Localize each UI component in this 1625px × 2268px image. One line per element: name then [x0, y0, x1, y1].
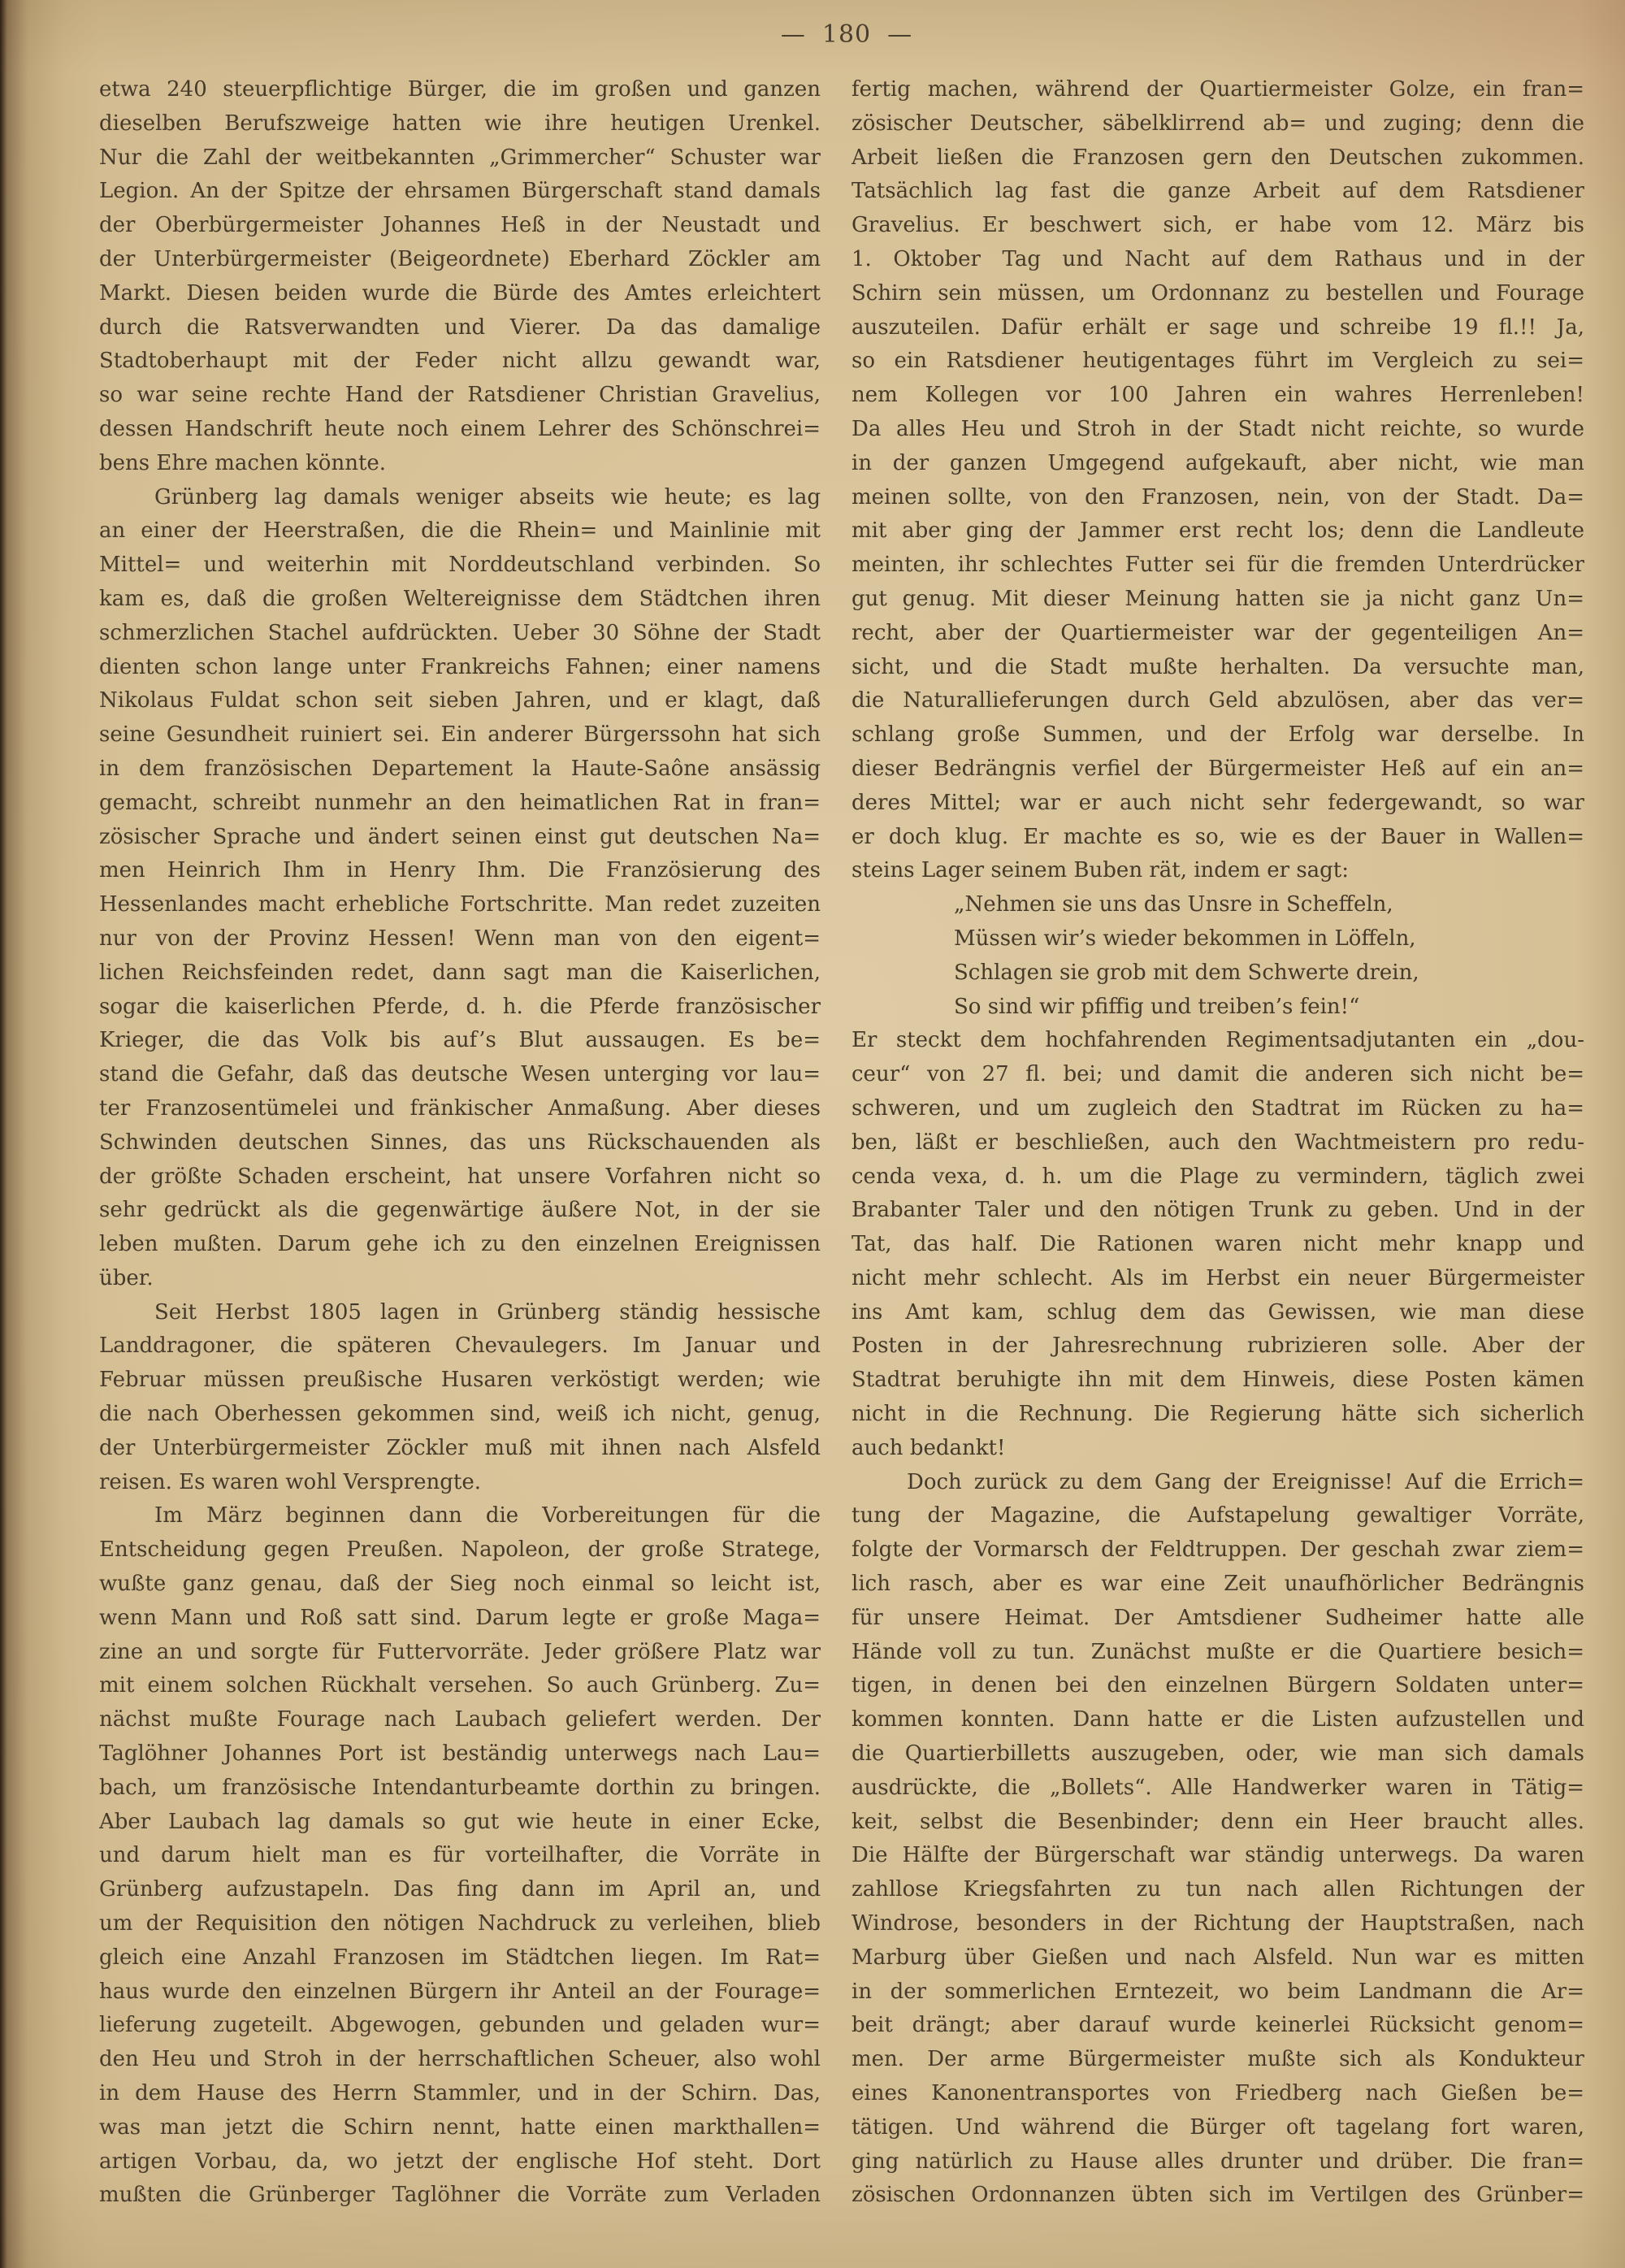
text-line: in dem französischen Departement la Haut… — [99, 752, 821, 787]
text-line: Markt. Diesen beiden wurde die Bürde des… — [99, 277, 821, 311]
text-line: keit, selbst die Besenbinder; denn ein H… — [851, 1806, 1584, 1840]
text-line: nächst mußte Fourage nach Laubach gelief… — [99, 1703, 821, 1737]
text-line: nem Kollegen vor 100 Jahren ein wahres H… — [851, 379, 1584, 413]
right-text-column: fertig machen, während der Quartiermeist… — [851, 73, 1584, 2213]
text-line: Da alles Heu und Stroh in der Stadt nich… — [851, 413, 1584, 447]
text-line: men. Der arme Bürgermeister mußte sich a… — [851, 2043, 1584, 2077]
text-line: Legion. An der Spitze der ehrsamen Bürge… — [99, 175, 821, 209]
text-line: bens Ehre machen könnte. — [99, 447, 821, 481]
text-line: beit drängt; aber darauf wurde keinerlei… — [851, 2009, 1584, 2043]
text-line: wußte ganz genau, daß der Sieg noch einm… — [99, 1568, 821, 1602]
text-line: über. — [99, 1262, 821, 1296]
text-line: zösischer Deutscher, säbelklirrend ab= u… — [851, 107, 1584, 141]
text-line: in der sommerlichen Erntezeit, wo beim L… — [851, 1975, 1584, 2010]
text-line: tung der Magazine, die Aufstapelung gewa… — [851, 1499, 1584, 1533]
text-line: dessen Handschrift heute noch einem Lehr… — [99, 413, 821, 447]
text-line: zösischen Ordonnanzen übten sich im Vert… — [851, 2179, 1584, 2213]
text-line: eines Kanonentransportes von Friedberg n… — [851, 2077, 1584, 2111]
text-line: ausdrückte, die „Bollets“. Alle Handwerk… — [851, 1771, 1584, 1806]
text-line: Posten in der Jahresrechnung rubrizieren… — [851, 1329, 1584, 1364]
text-line: mit einem solchen Rückhalt versehen. So … — [99, 1669, 821, 1703]
text-line: er doch klug. Er machte es so, wie es de… — [851, 821, 1584, 855]
text-line: zine an und sorgte für Futtervorräte. Je… — [99, 1636, 821, 1670]
text-line: gleich eine Anzahl Franzosen im Städtche… — [99, 1941, 821, 1975]
header-dash-right: — — [887, 20, 912, 49]
text-line: etwa 240 steuerpflichtige Bürger, die im… — [99, 73, 821, 107]
text-line: Marburg über Gießen und nach Alsfeld. Nu… — [851, 1941, 1584, 1975]
text-line: ging natürlich zu Hause alles drunter un… — [851, 2145, 1584, 2179]
text-line: kam es, daß die großen Weltereignisse de… — [99, 583, 821, 617]
text-line: in dem Hause des Herrn Stammler, und in … — [99, 2077, 821, 2111]
text-line: auch bedankt! — [851, 1432, 1584, 1466]
text-line: die Quartierbilletts auszugeben, oder, w… — [851, 1737, 1584, 1771]
text-line: Februar müssen preußische Husaren verkös… — [99, 1364, 821, 1398]
text-line: die Naturallieferungen durch Geld abzulö… — [851, 684, 1584, 718]
text-line: lichen Reichsfeinden redet, dann sagt ma… — [99, 956, 821, 991]
text-line: Doch zurück zu dem Gang der Ereignisse! … — [851, 1466, 1584, 1500]
text-line: reisen. Es waren wohl Versprengte. — [99, 1466, 821, 1500]
text-line: Die Hälfte der Bürgerschaft war ständig … — [851, 1839, 1584, 1873]
text-line: sogar die kaiserlichen Pferde, d. h. die… — [99, 991, 821, 1025]
text-line: Stadtrat beruhigte ihn mit dem Hinweis, … — [851, 1364, 1584, 1398]
text-line: men Heinrich Ihm in Henry Ihm. Die Franz… — [99, 854, 821, 888]
text-line: recht, aber der Quartiermeister war der … — [851, 617, 1584, 651]
text-line: sicht, und die Stadt mußte herhalten. Da… — [851, 651, 1584, 685]
text-line: „Nehmen sie uns das Unsre in Scheffeln, — [851, 888, 1584, 922]
text-line: tigen, in denen bei den einzelnen Bürger… — [851, 1669, 1584, 1703]
text-line: Windrose, besonders in der Richtung der … — [851, 1907, 1584, 1941]
text-line: Stadtoberhaupt mit der Feder nicht allzu… — [99, 345, 821, 379]
text-line: Grünberg aufzustapeln. Das fing dann im … — [99, 1873, 821, 1907]
text-line: Nur die Zahl der weitbekannten „Grimmerc… — [99, 141, 821, 176]
text-line: so war seine rechte Hand der Ratsdiener … — [99, 379, 821, 413]
text-line: Er steckt dem hochfahrenden Regimentsadj… — [851, 1024, 1584, 1058]
text-line: Schirn sein müssen, um Ordonnanz zu best… — [851, 277, 1584, 311]
page-number: 180 — [822, 20, 871, 49]
text-line: artigen Vorbau, da, wo jetzt der englisc… — [99, 2145, 821, 2179]
text-line: der größte Schaden erscheint, hat unsere… — [99, 1160, 821, 1195]
text-line: tätigen. Und während die Bürger oft tage… — [851, 2111, 1584, 2145]
text-line: schweren, und um zugleich den Stadtrat i… — [851, 1092, 1584, 1126]
text-line: an einer der Heerstraßen, die die Rhein=… — [99, 514, 821, 549]
text-line: Müssen wir’s wieder bekommen in Löffeln, — [851, 922, 1584, 956]
text-line: Entscheidung gegen Preußen. Napoleon, de… — [99, 1533, 821, 1568]
text-line: stand die Gefahr, daß das deutsche Wesen… — [99, 1058, 821, 1092]
text-line: dieselben Berufszweige hatten wie ihre h… — [99, 107, 821, 141]
text-line: gut genug. Mit dieser Meinung hatten sie… — [851, 583, 1584, 617]
text-line: Brabanter Taler und den nötigen Trunk zu… — [851, 1194, 1584, 1228]
text-line: dienten schon lange unter Frankreichs Fa… — [99, 651, 821, 685]
text-line: Schlagen sie grob mit dem Schwerte drein… — [851, 956, 1584, 991]
text-line: Nikolaus Fuldat schon seit sieben Jahren… — [99, 684, 821, 718]
text-line: Aber Laubach lag damals so gut wie heute… — [99, 1806, 821, 1840]
text-line: ter Franzosentümelei und fränkischer Anm… — [99, 1092, 821, 1126]
text-line: haus wurde den einzelnen Bürgern ihr Ant… — [99, 1975, 821, 2010]
text-line: leben mußten. Darum gehe ich zu den einz… — [99, 1228, 821, 1262]
text-line: lich rasch, aber es war eine Zeit unaufh… — [851, 1568, 1584, 1602]
header-dash-left: — — [781, 20, 806, 49]
text-line: Taglöhner Johannes Port ist beständig un… — [99, 1737, 821, 1771]
text-line: schlang große Summen, und der Erfolg war… — [851, 718, 1584, 752]
text-line: So sind wir pfiffig und treiben’s fein!“ — [851, 991, 1584, 1025]
text-line: deres Mittel; war er auch nicht sehr fed… — [851, 787, 1584, 821]
text-line: den Heu und Stroh in der herrschaftliche… — [99, 2043, 821, 2077]
text-line: Im März beginnen dann die Vorbereitungen… — [99, 1499, 821, 1533]
text-line: und darum hielt man es für vorteilhafter… — [99, 1839, 821, 1873]
text-line: seine Gesundheit ruiniert sei. Ein ander… — [99, 718, 821, 752]
text-line: 1. Oktober Tag und Nacht auf dem Rathaus… — [851, 243, 1584, 277]
text-line: für unsere Heimat. Der Amtsdiener Sudhei… — [851, 1602, 1584, 1636]
text-line: Landdragoner, die späteren Chevaulegers.… — [99, 1329, 821, 1364]
text-line: sehr gedrückt als die gegenwärtige äußer… — [99, 1194, 821, 1228]
left-text-column: etwa 240 steuerpflichtige Bürger, die im… — [99, 73, 821, 2213]
text-line: ins Amt kam, schlug dem das Gewissen, wi… — [851, 1296, 1584, 1330]
text-line: nicht mehr schlecht. Als im Herbst ein n… — [851, 1262, 1584, 1296]
text-line: Tat, das half. Die Rationen waren nicht … — [851, 1228, 1584, 1262]
text-line: meinten, ihr schlechtes Futter sei für d… — [851, 549, 1584, 583]
text-line: cenda vexa, d. h. um die Plage zu vermin… — [851, 1160, 1584, 1195]
text-line: mit aber ging der Jammer erst recht los;… — [851, 514, 1584, 549]
text-line: lieferung zugeteilt. Abgewogen, gebunden… — [99, 2009, 821, 2043]
text-line: dieser Bedrängnis verfiel der Bürgermeis… — [851, 752, 1584, 787]
text-line: um der Requisition den nötigen Nachdruck… — [99, 1907, 821, 1941]
text-line: meinen sollte, von den Franzosen, nein, … — [851, 481, 1584, 515]
text-line: zahllose Kriegsfahrten zu tun nach allen… — [851, 1873, 1584, 1907]
text-line: ben, läßt er beschließen, auch den Wacht… — [851, 1126, 1584, 1160]
text-line: Hände voll zu tun. Zunächst mußte er die… — [851, 1636, 1584, 1670]
text-line: durch die Ratsverwandten und Vierer. Da … — [99, 311, 821, 345]
text-line: nicht in die Rechnung. Die Regierung hät… — [851, 1398, 1584, 1432]
text-line: was man jetzt die Schirn nennt, hatte ei… — [99, 2111, 821, 2145]
text-line: Grünberg lag damals weniger abseits wie … — [99, 481, 821, 515]
text-line: der Unterbürgermeister (Beigeordnete) Eb… — [99, 243, 821, 277]
text-line: der Oberbürgermeister Johannes Heß in de… — [99, 209, 821, 243]
text-line: Tatsächlich lag fast die ganze Arbeit au… — [851, 175, 1584, 209]
text-line: Gravelius. Er beschwert sich, er habe vo… — [851, 209, 1584, 243]
text-line: wenn Mann und Roß satt sind. Darum legte… — [99, 1602, 821, 1636]
text-line: Krieger, die das Volk bis auf’s Blut aus… — [99, 1024, 821, 1058]
text-line: ceur“ von 27 fl. bei; und damit die ande… — [851, 1058, 1584, 1092]
text-line: die nach Oberhessen gekommen sind, weiß … — [99, 1398, 821, 1432]
text-line: Mittel= und weiterhin mit Norddeutschlan… — [99, 549, 821, 583]
text-line: Seit Herbst 1805 lagen in Grünberg ständ… — [99, 1296, 821, 1330]
text-line: nur von der Provinz Hessen! Wenn man von… — [99, 922, 821, 956]
text-line: Arbeit ließen die Franzosen gern den Deu… — [851, 141, 1584, 176]
text-line: bach, um französische Intendanturbeamte … — [99, 1771, 821, 1806]
text-line: in der ganzen Umgegend aufgekauft, aber … — [851, 447, 1584, 481]
text-line: schmerzlichen Stachel aufdrückten. Ueber… — [99, 617, 821, 651]
text-line: gemacht, schreibt nunmehr an den heimatl… — [99, 787, 821, 821]
text-line: fertig machen, während der Quartiermeist… — [851, 73, 1584, 107]
text-line: der Unterbürgermeister Zöckler muß mit i… — [99, 1432, 821, 1466]
text-line: Schwinden deutschen Sinnes, das uns Rück… — [99, 1126, 821, 1160]
text-line: Hessenlandes macht erhebliche Fortschrit… — [99, 888, 821, 922]
text-line: kommen konnten. Dann hatte er die Listen… — [851, 1703, 1584, 1737]
text-line: so ein Ratsdiener heutigentages führt im… — [851, 345, 1584, 379]
text-line: steins Lager seinem Buben rät, indem er … — [851, 854, 1584, 888]
text-line: auszuteilen. Dafür erhält er sage und sc… — [851, 311, 1584, 345]
page-header: —180— — [34, 23, 1625, 47]
text-line: mußten die Grünberger Taglöhner die Vorr… — [99, 2179, 821, 2213]
text-line: zösischer Sprache und ändert seinen eins… — [99, 821, 821, 855]
text-line: folgte der Vormarsch der Feldtruppen. De… — [851, 1533, 1584, 1568]
book-page: { "header": { "left_dash": "—", "page_nu… — [0, 0, 1625, 2268]
